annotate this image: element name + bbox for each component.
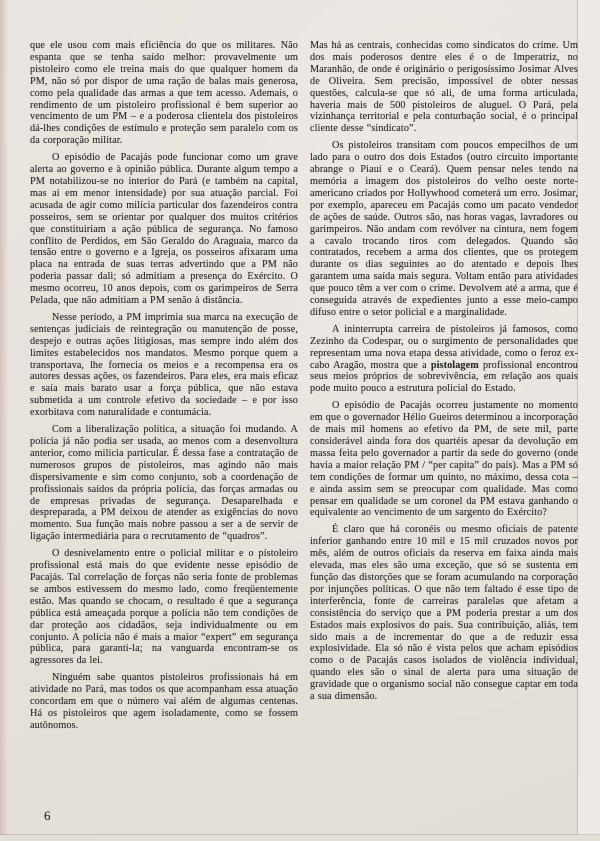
text-run: Ninguém sabe quantos pistoleiros profiss… [30, 672, 298, 731]
paragraph: A ininterrupta carreira de pistoleiros j… [310, 324, 578, 395]
text-run: O desnivelamento entre o policial milita… [30, 548, 298, 666]
scan-edge-right [577, 0, 600, 841]
page-number: 6 [44, 808, 51, 824]
paragraph: O episódio de Pacajás pode funcionar com… [30, 152, 298, 307]
paragraph: Mas há as centrais, conhecidas como sind… [310, 40, 578, 135]
scan-edge-bottom [0, 835, 600, 841]
scanned-page: que ele usou com mais eficiência do que … [0, 0, 600, 841]
paragraph: O episódio de Pacajás ocorreu justamente… [310, 400, 578, 519]
text-columns: que ele usou com mais eficiência do que … [30, 40, 578, 737]
text-run: Nesse período, a PM imprimia sua marca n… [30, 312, 298, 418]
right-text-column: Mas há as centrais, conhecidas como sind… [310, 40, 578, 737]
paragraph: Nesse período, a PM imprimia sua marca n… [30, 312, 298, 419]
text-run: O episódio de Pacajás ocorreu justamente… [310, 400, 578, 518]
text-run: O episódio de Pacajás pode funcionar com… [30, 152, 298, 306]
paragraph: que ele usou com mais eficiência do que … [30, 40, 298, 147]
text-run: Mas há as centrais, conhecidas como sind… [310, 40, 578, 134]
paragraph: O desnivelamento entre o policial milita… [30, 548, 298, 667]
page-bottom-edge-line [0, 834, 600, 835]
text-run: que ele usou com mais eficiência do que … [30, 40, 298, 146]
text-run: É claro que há coronéis ou mesmo oficiai… [310, 524, 578, 702]
bold-text-run: pistolagem [431, 360, 479, 371]
scan-edge-left [0, 0, 8, 841]
paragraph: Ninguém sabe quantos pistoleiros profiss… [30, 672, 298, 732]
left-text-column: que ele usou com mais eficiência do que … [30, 40, 298, 737]
text-run: Os pistoleiros transitam com poucos empe… [310, 140, 578, 318]
paragraph: É claro que há coronéis ou mesmo oficiai… [310, 524, 578, 703]
paragraph: Com a liberalização política, a situação… [30, 424, 298, 543]
paragraph: Os pistoleiros transitam com poucos empe… [310, 140, 578, 319]
text-run: Com a liberalização política, a situação… [30, 424, 298, 542]
